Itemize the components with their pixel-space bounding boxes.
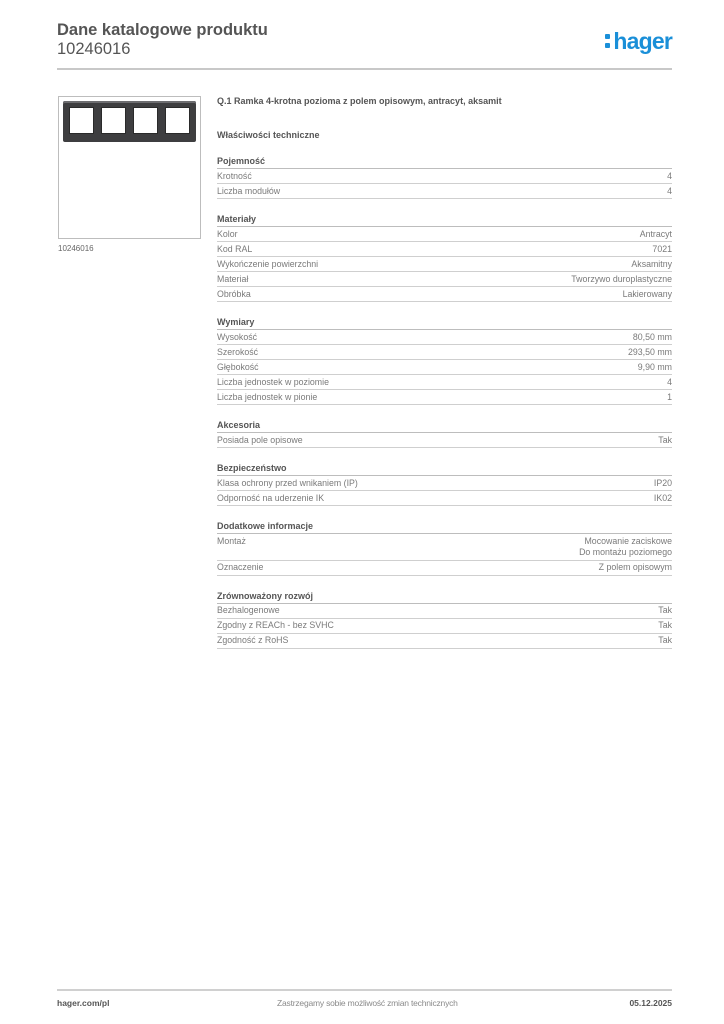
section-title: Dodatkowe informacje (217, 520, 672, 534)
spec-row: OznaczenieZ polem opisowym (217, 561, 672, 576)
section-title: Zrównoważony rozwój (217, 590, 672, 604)
spec-label: Posiada pole opisowe (217, 435, 658, 447)
spec-label: Zgodny z REACh - bez SVHC (217, 620, 658, 632)
spec-sections: PojemnośćKrotność4Liczba modułów4Materia… (217, 155, 672, 649)
spec-section: AkcesoriaPosiada pole opisoweTak (217, 419, 672, 448)
spec-row: Posiada pole opisoweTak (217, 433, 672, 448)
spec-value: 9,90 mm (638, 362, 672, 374)
four-gang-frame-icon (63, 101, 196, 142)
spec-label: Materiał (217, 274, 571, 286)
header-divider (57, 68, 672, 70)
spec-value: 80,50 mm (633, 332, 672, 344)
spec-value: IK02 (654, 493, 672, 505)
spec-value: 293,50 mm (628, 347, 672, 359)
spec-value: Aksamitny (631, 259, 672, 271)
spec-row: Wykończenie powierzchniAksamitny (217, 257, 672, 272)
spec-row: Krotność4 (217, 169, 672, 184)
document-header: Dane katalogowe produktu 10246016 (57, 21, 672, 59)
spec-label: Szerokość (217, 347, 628, 359)
spec-label: Oznaczenie (217, 562, 599, 574)
spec-value: 7021 (652, 244, 672, 256)
section-title: Wymiary (217, 316, 672, 330)
spec-section: Dodatkowe informacjeMontażMocowanie zaci… (217, 520, 672, 576)
page-footer: hager.com/pl Zastrzegamy sobie możliwość… (57, 998, 672, 1008)
logo-text: hager (613, 28, 672, 54)
spec-label: Liczba modułów (217, 186, 667, 198)
spec-value: Tworzywo duroplastyczne (571, 274, 672, 286)
section-title: Akcesoria (217, 419, 672, 433)
spec-label: Kolor (217, 229, 640, 241)
spec-section: Zrównoważony rozwójBezhalogenoweTakZgodn… (217, 590, 672, 649)
spec-row: Zgodność z RoHSTak (217, 634, 672, 649)
spec-value: Tak (658, 605, 672, 617)
spec-label: Głębokość (217, 362, 638, 374)
document-title: Dane katalogowe produktu (57, 21, 672, 40)
spec-value: Z polem opisowym (599, 562, 672, 574)
spec-row: BezhalogenoweTak (217, 604, 672, 619)
spec-section: PojemnośćKrotność4Liczba modułów4 (217, 155, 672, 199)
spec-section: MateriałyKolorAntracytKod RAL7021Wykończ… (217, 213, 672, 302)
spec-value: 1 (667, 392, 672, 404)
section-title: Materiały (217, 213, 672, 227)
spec-label: Bezhalogenowe (217, 605, 658, 617)
spec-row: KolorAntracyt (217, 227, 672, 242)
spec-row: Głębokość9,90 mm (217, 360, 672, 375)
image-caption: 10246016 (58, 244, 94, 253)
spec-row: Odporność na uderzenie IKIK02 (217, 491, 672, 506)
spec-row: Zgodny z REACh - bez SVHCTak (217, 619, 672, 634)
spec-row: Szerokość293,50 mm (217, 345, 672, 360)
spec-value: Tak (658, 435, 672, 447)
spec-label: Zgodność z RoHS (217, 635, 658, 647)
spec-row: ObróbkaLakierowany (217, 287, 672, 302)
spec-row: Liczba modułów4 (217, 184, 672, 199)
product-number: 10246016 (57, 40, 672, 59)
spec-value: 4 (667, 186, 672, 198)
spec-value: Mocowanie zaciskowe Do montażu poziomego (579, 536, 672, 559)
product-name: Q.1 Ramka 4-krotna pozioma z polem opiso… (217, 95, 672, 107)
section-title: Bezpieczeństwo (217, 462, 672, 476)
spec-value: 4 (667, 377, 672, 389)
footer-date: 05.12.2025 (629, 998, 672, 1008)
spec-row: Liczba jednostek w poziomie4 (217, 375, 672, 390)
spec-label: Liczba jednostek w pionie (217, 392, 667, 404)
footer-divider (57, 989, 672, 991)
spec-label: Odporność na uderzenie IK (217, 493, 654, 505)
spec-label: Wykończenie powierzchni (217, 259, 631, 271)
hager-logo: hager (605, 28, 672, 54)
spec-label: Kod RAL (217, 244, 652, 256)
spec-label: Montaż (217, 536, 579, 548)
product-image (58, 96, 201, 239)
footer-website-link[interactable]: hager.com/pl (57, 998, 109, 1008)
spec-label: Krotność (217, 171, 667, 183)
spec-row: Kod RAL7021 (217, 242, 672, 257)
spec-value: Lakierowany (623, 289, 672, 301)
spec-row: MontażMocowanie zaciskowe Do montażu poz… (217, 534, 672, 561)
spec-section: WymiaryWysokość80,50 mmSzerokość293,50 m… (217, 316, 672, 405)
spec-row: Klasa ochrony przed wnikaniem (IP)IP20 (217, 476, 672, 491)
spec-row: Wysokość80,50 mm (217, 330, 672, 345)
spec-label: Obróbka (217, 289, 623, 301)
logo-colon-icon (605, 34, 611, 50)
technical-properties-heading: Właściwości techniczne (217, 129, 672, 141)
spec-section: BezpieczeństwoKlasa ochrony przed wnikan… (217, 462, 672, 506)
spec-row: Liczba jednostek w pionie1 (217, 390, 672, 405)
product-content: Q.1 Ramka 4-krotna pozioma z polem opiso… (217, 95, 672, 649)
spec-label: Klasa ochrony przed wnikaniem (IP) (217, 478, 654, 490)
spec-value: 4 (667, 171, 672, 183)
spec-label: Wysokość (217, 332, 633, 344)
spec-value: Antracyt (640, 229, 672, 241)
section-title: Pojemność (217, 155, 672, 169)
spec-value: IP20 (654, 478, 672, 490)
spec-value: Tak (658, 620, 672, 632)
spec-value: Tak (658, 635, 672, 647)
spec-label: Liczba jednostek w poziomie (217, 377, 667, 389)
footer-disclaimer: Zastrzegamy sobie możliwość zmian techni… (277, 998, 458, 1008)
spec-row: MateriałTworzywo duroplastyczne (217, 272, 672, 287)
